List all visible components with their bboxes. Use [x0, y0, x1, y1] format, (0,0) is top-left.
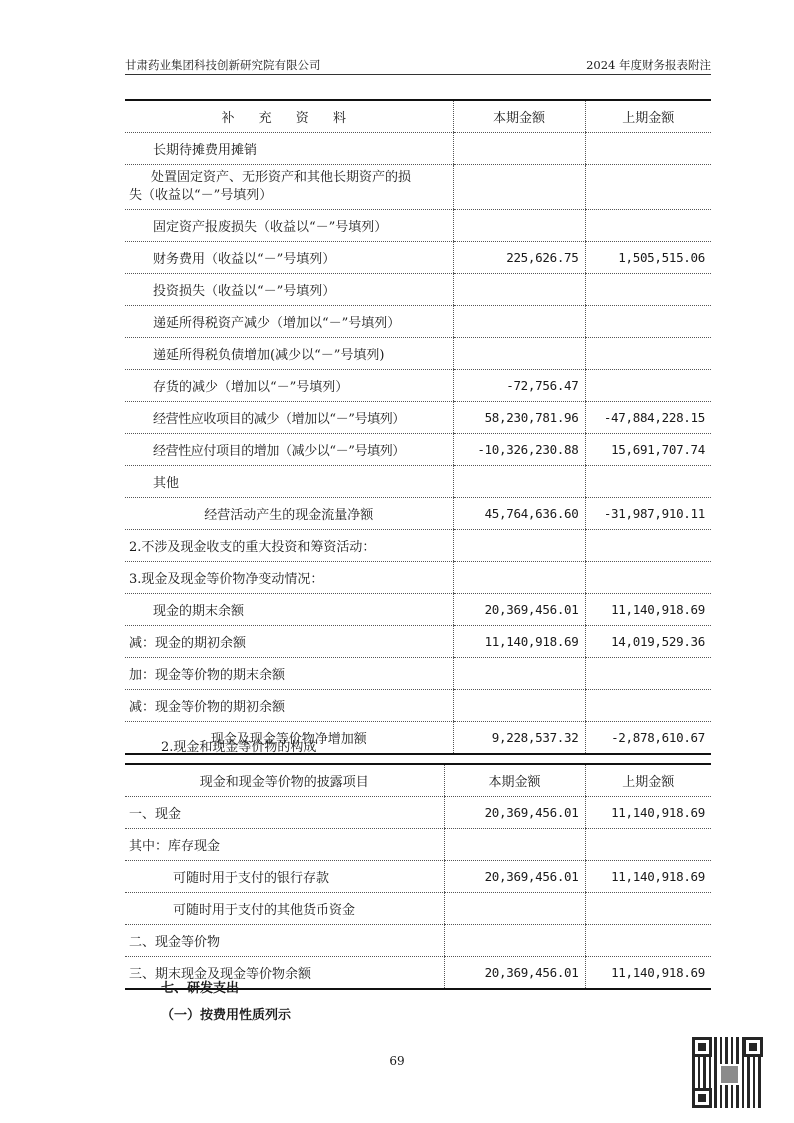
table-row: 二、现金等价物: [125, 925, 711, 957]
previous-amount: [585, 165, 711, 210]
row-label: 其他: [125, 466, 453, 498]
row-label: 减：现金等价物的期初余额: [125, 690, 453, 722]
row-label: 可随时用于支付的银行存款: [125, 861, 444, 893]
table-row-subtotal: 经营活动产生的现金流量净额 45,764,636.60 -31,987,910.…: [125, 498, 711, 530]
current-amount: [453, 210, 585, 242]
previous-amount: [585, 562, 711, 594]
previous-amount: -31,987,910.11: [585, 498, 711, 530]
current-amount: 20,369,456.01: [444, 861, 585, 893]
table-row: 递延所得税负债增加(减少以“－”号填列): [125, 338, 711, 370]
previous-amount: [585, 925, 711, 957]
report-title: 2024 年度财务报表附注: [586, 58, 711, 72]
table-row: 可随时用于支付的其他货币资金: [125, 893, 711, 925]
previous-amount: [585, 658, 711, 690]
current-amount: 20,369,456.01: [444, 797, 585, 829]
row-label: 长期待摊费用摊销: [125, 133, 453, 165]
previous-amount: [585, 690, 711, 722]
row-label: 递延所得税负债增加(减少以“－”号填列): [125, 338, 453, 370]
qr-finder-pattern: [743, 1037, 763, 1057]
row-label-line1: 处置固定资产、无形资产和其他长期资产的损: [129, 169, 447, 187]
row-label: 其中：库存现金: [125, 829, 444, 861]
previous-amount: [585, 893, 711, 925]
row-label: 二、现金等价物: [125, 925, 444, 957]
current-amount: [444, 829, 585, 861]
qr-logo: [719, 1064, 740, 1085]
current-amount: [444, 925, 585, 957]
row-label: 递延所得税资产减少（增加以“－”号填列）: [125, 306, 453, 338]
table-row: 一、现金 20,369,456.01 11,140,918.69: [125, 797, 711, 829]
row-label: 现金的期末余额: [125, 594, 453, 626]
previous-amount: 14,019,529.36: [585, 626, 711, 658]
row-label: 处置固定资产、无形资产和其他长期资产的损 失（收益以“－”号填列）: [125, 165, 453, 210]
previous-amount: 11,140,918.69: [585, 861, 711, 893]
previous-amount: [585, 274, 711, 306]
table-row: 投资损失（收益以“－”号填列）: [125, 274, 711, 306]
current-amount: [453, 306, 585, 338]
page-header: 甘肃药业集团科技创新研究院有限公司 2024 年度财务报表附注: [125, 56, 711, 75]
previous-amount: [585, 370, 711, 402]
table-row: 长期待摊费用摊销: [125, 133, 711, 165]
previous-amount: -47,884,228.15: [585, 402, 711, 434]
previous-amount: [585, 133, 711, 165]
table-row: 经营性应付项目的增加（减少以“－”号填列） -10,326,230.88 15,…: [125, 434, 711, 466]
column-header-previous: 上期金额: [585, 100, 711, 133]
column-header-current: 本期金额: [453, 100, 585, 133]
current-amount: [444, 893, 585, 925]
column-header-item: 补 充 资 料: [125, 100, 453, 133]
current-amount: 20,369,456.01: [453, 594, 585, 626]
column-header-item: 现金和现金等价物的披露项目: [125, 764, 444, 797]
previous-amount: [585, 338, 711, 370]
current-amount: [453, 562, 585, 594]
row-label: 固定资产报废损失（收益以“－”号填列）: [125, 210, 453, 242]
row-label: 财务费用（收益以“－”号填列）: [125, 242, 453, 274]
current-amount: 20,369,456.01: [444, 957, 585, 990]
current-amount: [453, 466, 585, 498]
row-label: 可随时用于支付的其他货币资金: [125, 893, 444, 925]
current-amount: [453, 133, 585, 165]
current-amount: 9,228,537.32: [453, 722, 585, 755]
cash-equivalents-table: 现金和现金等价物的披露项目 本期金额 上期金额 一、现金 20,369,456.…: [125, 763, 711, 990]
previous-amount: 1,505,515.06: [585, 242, 711, 274]
row-label: 2.不涉及现金收支的重大投资和筹资活动：: [125, 530, 453, 562]
table-row: 加：现金等价物的期末余额: [125, 658, 711, 690]
table-row: 存货的减少（增加以“－”号填列） -72,756.47: [125, 370, 711, 402]
previous-amount: 15,691,707.74: [585, 434, 711, 466]
previous-amount: [585, 530, 711, 562]
table-row: 现金的期末余额 20,369,456.01 11,140,918.69: [125, 594, 711, 626]
table-row: 减：现金的期初余额 11,140,918.69 14,019,529.36: [125, 626, 711, 658]
table-row: 3.现金及现金等价物净变动情况：: [125, 562, 711, 594]
table-row: 经营性应收项目的减少（增加以“－”号填列） 58,230,781.96 -47,…: [125, 402, 711, 434]
current-amount: -72,756.47: [453, 370, 585, 402]
previous-amount: [585, 466, 711, 498]
company-name: 甘肃药业集团科技创新研究院有限公司: [125, 58, 321, 72]
current-amount: [453, 690, 585, 722]
table-row: 财务费用（收益以“－”号填列） 225,626.75 1,505,515.06: [125, 242, 711, 274]
current-amount: [453, 165, 585, 210]
current-amount: 45,764,636.60: [453, 498, 585, 530]
previous-amount: 11,140,918.69: [585, 957, 711, 990]
previous-amount: [585, 210, 711, 242]
current-amount: -10,326,230.88: [453, 434, 585, 466]
column-header-current: 本期金额: [444, 764, 585, 797]
row-label: 存货的减少（增加以“－”号填列）: [125, 370, 453, 402]
previous-amount: 11,140,918.69: [585, 594, 711, 626]
section-title-rd-expenditure: 七、研发支出: [161, 977, 239, 996]
current-amount: 58,230,781.96: [453, 402, 585, 434]
current-amount: [453, 338, 585, 370]
page-number: 69: [0, 1054, 794, 1068]
subsection-title-by-nature: （一）按费用性质列示: [161, 1004, 291, 1023]
table-row: 其他: [125, 466, 711, 498]
row-label: 经营性应收项目的减少（增加以“－”号填列）: [125, 402, 453, 434]
supplementary-info-table: 补 充 资 料 本期金额 上期金额 长期待摊费用摊销 处置固定资产、无形资产和其…: [125, 99, 711, 755]
current-amount: [453, 530, 585, 562]
table-header-row: 补 充 资 料 本期金额 上期金额: [125, 100, 711, 133]
row-label: 加：现金等价物的期末余额: [125, 658, 453, 690]
table-row: 减：现金等价物的期初余额: [125, 690, 711, 722]
table-row: 其中：库存现金: [125, 829, 711, 861]
row-label: 减：现金的期初余额: [125, 626, 453, 658]
current-amount: [453, 274, 585, 306]
row-label: 经营活动产生的现金流量净额: [125, 498, 453, 530]
row-label-line2: 失（收益以“－”号填列）: [129, 187, 447, 205]
row-label: 一、现金: [125, 797, 444, 829]
current-amount: 11,140,918.69: [453, 626, 585, 658]
current-amount: 225,626.75: [453, 242, 585, 274]
previous-amount: [585, 306, 711, 338]
table-row: 递延所得税资产减少（增加以“－”号填列）: [125, 306, 711, 338]
qr-code-icon: [692, 1037, 763, 1108]
row-label: 3.现金及现金等价物净变动情况：: [125, 562, 453, 594]
section-title-cash-composition: 2.现金和现金等价物的构成: [161, 736, 316, 755]
previous-amount: 11,140,918.69: [585, 797, 711, 829]
table-row: 可随时用于支付的银行存款 20,369,456.01 11,140,918.69: [125, 861, 711, 893]
row-label: 经营性应付项目的增加（减少以“－”号填列）: [125, 434, 453, 466]
table-header-row: 现金和现金等价物的披露项目 本期金额 上期金额: [125, 764, 711, 797]
column-header-previous: 上期金额: [585, 764, 711, 797]
previous-amount: -2,878,610.67: [585, 722, 711, 755]
table-row: 固定资产报废损失（收益以“－”号填列）: [125, 210, 711, 242]
table-row: 处置固定资产、无形资产和其他长期资产的损 失（收益以“－”号填列）: [125, 165, 711, 210]
previous-amount: [585, 829, 711, 861]
current-amount: [453, 658, 585, 690]
row-label: 投资损失（收益以“－”号填列）: [125, 274, 453, 306]
table-row: 2.不涉及现金收支的重大投资和筹资活动：: [125, 530, 711, 562]
